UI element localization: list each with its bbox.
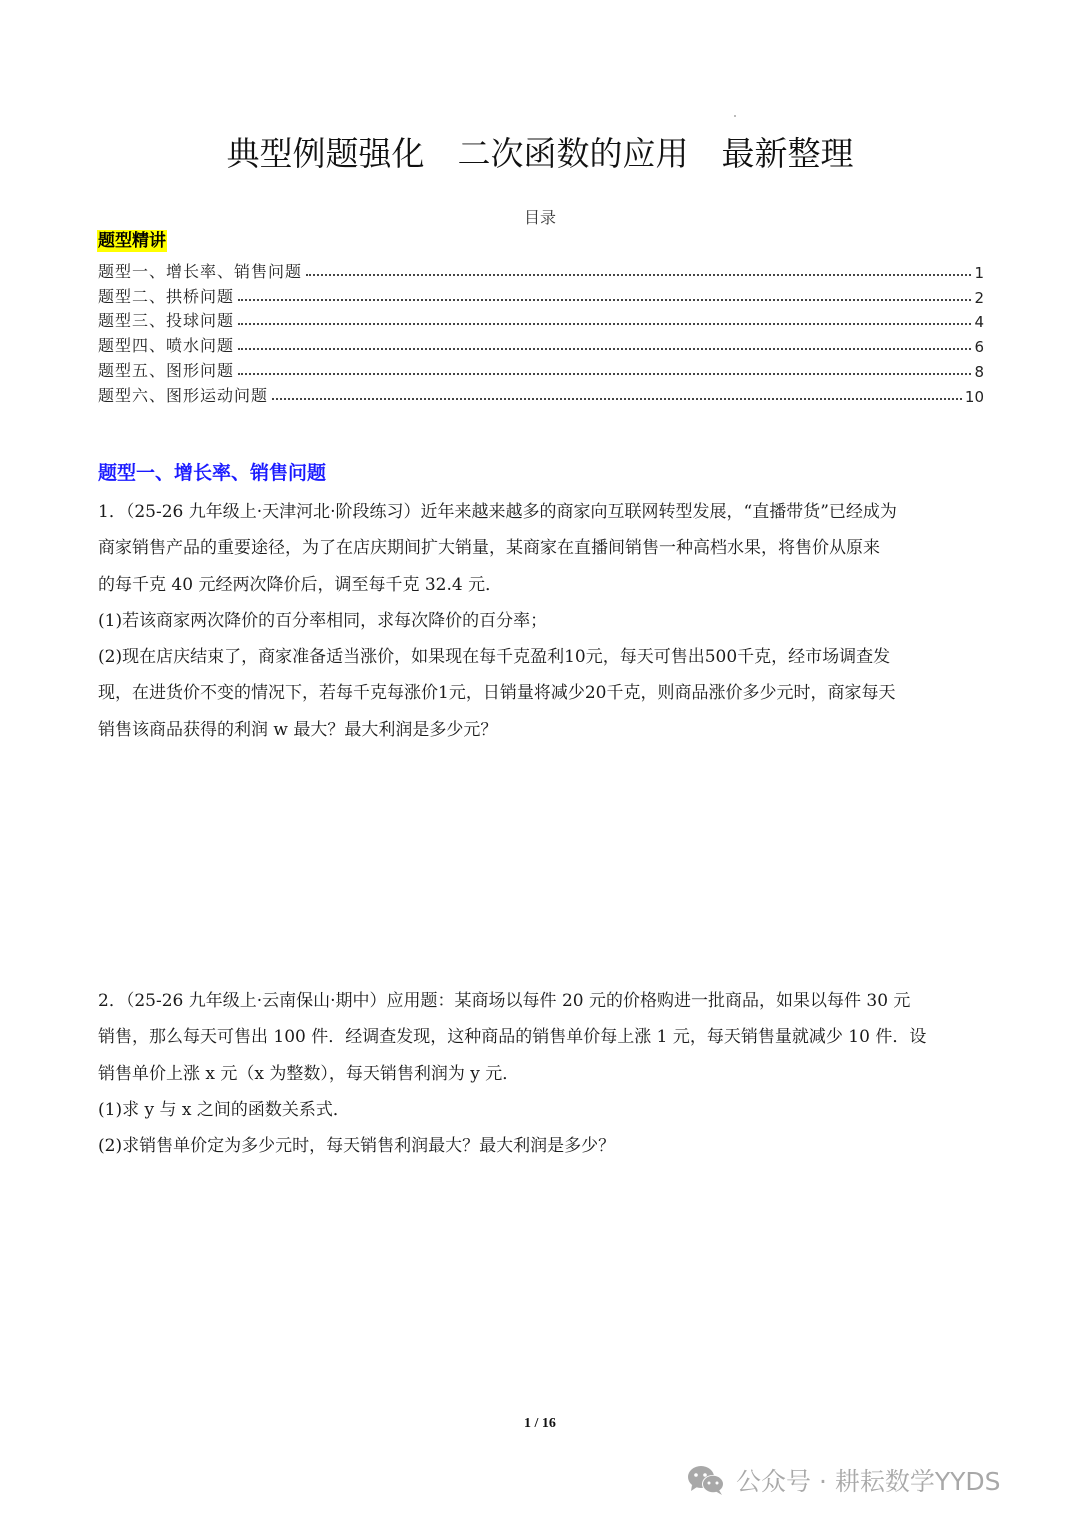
toc-item-page: 1 <box>974 264 984 282</box>
dot-leader <box>272 397 962 400</box>
problem-1: 1．（25-26 九年级上·天津河北·阶段练习）近年来越来越多的商家向互联网转型… <box>98 494 984 748</box>
toc-item-page: 2 <box>974 289 984 307</box>
watermark: 公众号 · 耕耘数学YYDS <box>686 1462 1001 1498</box>
problem-line: 销售，那么每天可售出 100 件．经调查发现，这种商品的销售单价每上涨 1 元，… <box>98 1019 984 1055</box>
table-of-contents: 题型一、增长率、销售问题 1 题型二、拱桥问题 2 题型三、投球问题 4 题型四… <box>98 257 984 406</box>
toc-item[interactable]: 题型四、喷水问题 6 <box>98 331 984 356</box>
page-title: 典型例题强化 二次函数的应用 最新整理 <box>0 128 1080 175</box>
problem-line: 商家销售产品的重要途径，为了在店庆期间扩大销量，某商家在直播间销售一种高档水果，… <box>98 530 984 566</box>
dot-leader <box>238 298 971 301</box>
dot-leader <box>238 347 971 350</box>
problem-line: 的每千克 40 元经两次降价后，调至每千克 32.4 元． <box>98 567 984 603</box>
toc-item[interactable]: 题型三、投球问题 4 <box>98 307 984 332</box>
problem-2: 2．（25-26 九年级上·云南保山·期中）应用题：某商场以每件 20 元的价格… <box>98 983 984 1164</box>
toc-item-label: 题型二、拱桥问题 <box>98 284 234 307</box>
toc-item-label: 题型一、增长率、销售问题 <box>98 259 302 282</box>
problem-subquestion: (2)求销售单价定为多少元时，每天销售利润最大？最大利润是多少？ <box>98 1128 984 1164</box>
toc-item-page: 6 <box>974 338 984 356</box>
toc-item-page: 4 <box>974 313 984 331</box>
problem-line: 1．（25-26 九年级上·天津河北·阶段练习）近年来越来越多的商家向互联网转型… <box>98 494 984 530</box>
toc-heading: 目录 <box>0 205 1080 228</box>
toc-item-page: 10 <box>965 388 984 406</box>
problem-line: 销售单价上涨 x 元（x 为整数），每天销售利润为 y 元． <box>98 1056 984 1092</box>
problem-subquestion: (1)求 y 与 x 之间的函数关系式． <box>98 1092 984 1128</box>
section-title: 题型一、增长率、销售问题 <box>98 458 326 485</box>
toc-item-label: 题型五、图形问题 <box>98 358 234 381</box>
toc-badge: 题型精讲 <box>97 230 167 252</box>
toc-item-label: 题型四、喷水问题 <box>98 333 234 356</box>
problem-line: 2．（25-26 九年级上·云南保山·期中）应用题：某商场以每件 20 元的价格… <box>98 983 984 1019</box>
dot-leader <box>238 322 971 325</box>
problem-line: 销售该商品获得的利润 w 最大？最大利润是多少元？ <box>98 712 984 748</box>
toc-item-page: 8 <box>974 363 984 381</box>
problem-subquestion: (1)若该商家两次降价的百分率相同，求每次降价的百分率； <box>98 603 984 639</box>
wechat-icon <box>686 1464 726 1496</box>
dot-leader <box>238 372 971 375</box>
problem-line: 现，在进货价不变的情况下，若每千克每涨价1元，日销量将减少20千克，则商品涨价多… <box>98 675 984 711</box>
watermark-text: 公众号 · 耕耘数学YYDS <box>736 1462 1001 1498</box>
toc-item[interactable]: 题型五、图形问题 8 <box>98 356 984 381</box>
dot-leader <box>306 273 971 276</box>
page-number: 1 / 16 <box>0 1416 1080 1432</box>
toc-item[interactable]: 题型一、增长率、销售问题 1 <box>98 257 984 282</box>
toc-item-label: 题型三、投球问题 <box>98 308 234 331</box>
toc-item-label: 题型六、图形运动问题 <box>98 383 268 406</box>
toc-item[interactable]: 题型二、拱桥问题 2 <box>98 282 984 307</box>
problem-subquestion: (2)现在店庆结束了，商家准备适当涨价，如果现在每千克盈利10元，每天可售出50… <box>98 639 984 675</box>
toc-item[interactable]: 题型六、图形运动问题 10 <box>98 381 984 406</box>
decorative-dot <box>734 115 736 117</box>
